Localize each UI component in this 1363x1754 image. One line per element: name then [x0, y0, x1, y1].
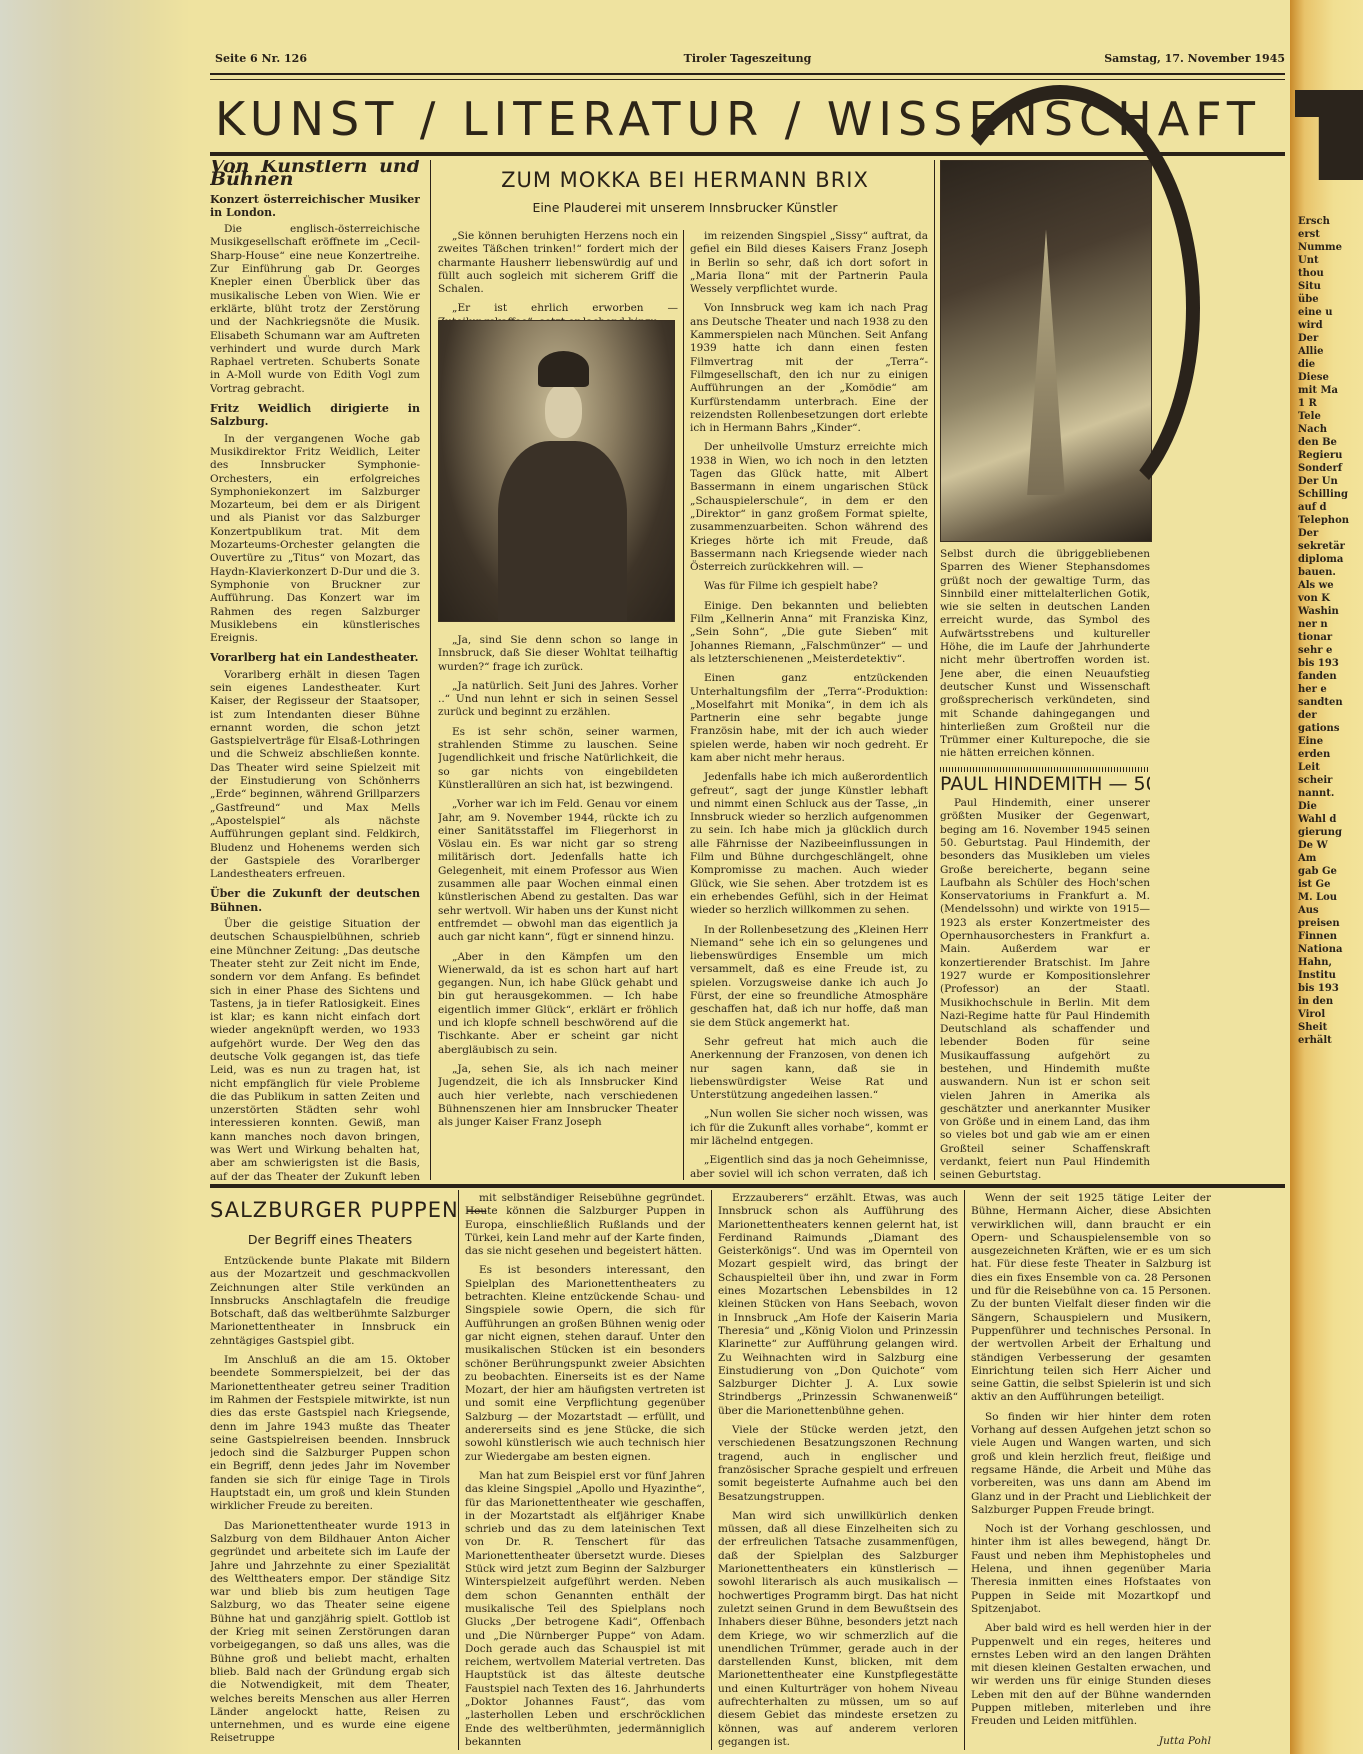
portrait-photo [438, 320, 675, 622]
news-items: Konzert österreichischer Musiker in Lond… [210, 193, 420, 1180]
bottom-section-rule [210, 1184, 1285, 1188]
hindemith-title: PAUL HINDEMITH — 50 [940, 778, 1150, 791]
news-item-heading: Vorarlberg hat ein Landestheater. [210, 651, 420, 664]
news-item-text: Vorarlberg erhält in diesen Tagen sein e… [210, 669, 420, 882]
article-paragraph: Einige. Den bekannten und beliebten Film… [690, 600, 928, 666]
dotted-rule [940, 767, 1150, 772]
article-paragraph: Was für Filme ich gespielt habe? [690, 580, 928, 593]
article-paragraph: „Nun wollen Sie sicher noch wissen, was … [690, 1108, 928, 1148]
kicker-heading: Von Künstlern und Bühnen [210, 160, 420, 187]
article-paragraph: Jedenfalls habe ich mich außerordentlich… [690, 771, 928, 917]
newspaper-page: Seite 6 Nr. 126 Tiroler Tageszeitung Sam… [210, 40, 1285, 1754]
article-paragraph: Es ist sehr schön, seiner warmen, strahl… [438, 726, 678, 792]
article-paragraph: „Eigentlich sind das ja noch Geheimnisse… [690, 1154, 928, 1180]
column-divider [964, 1190, 965, 1750]
main-headline: ZUM MOKKA BEI HERMANN BRIX [435, 168, 935, 192]
article-paragraph: „Vorher war ich im Feld. Genau vor einem… [438, 798, 678, 944]
column-divider [430, 160, 431, 1180]
article-paragraph: Einen ganz entzückenden Unterhaltungsfil… [690, 672, 928, 765]
article-paragraph: „Sie können beruhigten Herzens noch ein … [438, 230, 678, 296]
news-item-heading: Konzert österreichischer Musiker in Lond… [210, 193, 420, 220]
article-paragraph: Es ist besonders interessant, den Spielp… [465, 1264, 705, 1463]
article-paragraph: Erzzauberers“ erzählt. Etwas, was auch I… [718, 1192, 958, 1418]
adjacent-page-fragments: ErscherstNummeUntthouSituübeeine uwirdDe… [1298, 215, 1349, 1047]
news-item-heading: Über die Zukunft der deutschen Bühnen. [210, 887, 420, 914]
news-item-heading: Fritz Weidlich dirigierte in Salzburg. [210, 402, 420, 429]
column-divider [683, 230, 684, 1180]
main-col2-text: im reizenden Singspiel „Sissy“ auftrat, … [690, 230, 928, 1180]
article-paragraph: Von Innsbruck weg kam ich nach Prag ans … [690, 302, 928, 435]
article-paragraph: Im Anschluß an die am 15. Oktober beende… [210, 1354, 450, 1514]
column-divider [711, 1190, 712, 1750]
article-paragraph: Aber bald wird es hell werden hier in de… [971, 1622, 1211, 1728]
article-paragraph: Man wird sich unwillkürlich denken müsse… [718, 1510, 958, 1749]
bottom-headline: SALZBURGER PUPPEN — [210, 1198, 450, 1222]
bottom-col4: Wenn der seit 1925 tätige Leiter der Büh… [971, 1192, 1211, 1752]
news-item-text: Die englisch-österreichische Musikgesell… [210, 223, 420, 396]
article-paragraph: Man hat zum Beispiel erst vor fünf Jahre… [465, 1470, 705, 1749]
article-paragraph: „Ja, sehen Sie, als ich nach meiner Juge… [438, 1063, 678, 1129]
hindemith-text: Paul Hindemith, einer unserer größten Mu… [940, 797, 1150, 1180]
author-signature: Jutta Pohl [971, 1735, 1211, 1748]
article-paragraph: „Aber in den Kämpfen um den Wienerwald, … [438, 951, 678, 1057]
bottom-col2: mit selbständiger Reisebühne gegründet. … [465, 1192, 705, 1752]
article-paragraph: „Ja, sind Sie denn schon so lange in Inn… [438, 634, 678, 674]
main-col1-intro: „Sie können beruhigten Herzens noch ein … [438, 230, 678, 320]
article-paragraph: „Er ist ehrlich erworben — Zuteilungskaf… [438, 302, 678, 320]
article-paragraph: Sehr gefreut hat mich auch die Anerkennu… [690, 1036, 928, 1102]
issue-date: Samstag, 17. November 1945 [1104, 52, 1285, 65]
news-item-text: Über die geistige Situation der deutsche… [210, 918, 420, 1180]
article-paragraph: Der unheilvolle Umsturz erreichte mich 1… [690, 441, 928, 574]
article-paragraph: Viele der Stücke werden jetzt, den versc… [718, 1424, 958, 1504]
news-item-text: In der vergangenen Woche gab Musikdirekt… [210, 433, 420, 646]
masthead-rule [210, 73, 1285, 80]
article-paragraph: Noch ist der Vorhang geschlossen, und hi… [971, 1523, 1211, 1616]
scan-left-margin [0, 0, 190, 1754]
main-subheadline: Eine Plauderei mit unserem Innsbrucker K… [435, 200, 935, 215]
article-paragraph: In der Rollenbesetzung des „Kleinen Herr… [690, 924, 928, 1030]
article-paragraph: So finden wir hier hinter dem roten Vorh… [971, 1411, 1211, 1517]
article-paragraph: Das Marionettentheater wurde 1913 in Sal… [210, 1520, 450, 1746]
bottom-col1: Entzückende bunte Plakate mit Bildern au… [210, 1255, 450, 1750]
right-column: Selbst durch die übriggebliebenen Sparre… [940, 548, 1150, 1180]
left-column: Von Künstlern und Bühnen Konzert österre… [210, 160, 420, 1180]
article-paragraph: im reizenden Singspiel „Sissy“ auftrat, … [690, 230, 928, 296]
bottom-subheadline: Der Begriff eines Theaters [210, 1232, 450, 1247]
stephansdom-photo [940, 160, 1152, 542]
bottom-col3: Erzzauberers“ erzählt. Etwas, was auch I… [718, 1192, 958, 1752]
column-divider [458, 1190, 459, 1750]
article-paragraph: Entzückende bunte Plakate mit Bildern au… [210, 1255, 450, 1348]
article-paragraph: „Ja natürlich. Seit Juni des Jahres. Vor… [438, 680, 678, 720]
main-col1-text: „Ja, sind Sie denn schon so lange in Inn… [438, 634, 678, 1182]
photo-caption: Selbst durch die übriggebliebenen Sparre… [940, 548, 1150, 761]
article-paragraph: mit selbständiger Reisebühne gegründet. … [465, 1192, 705, 1258]
article-paragraph: Wenn der seit 1925 tätige Leiter der Büh… [971, 1192, 1211, 1405]
